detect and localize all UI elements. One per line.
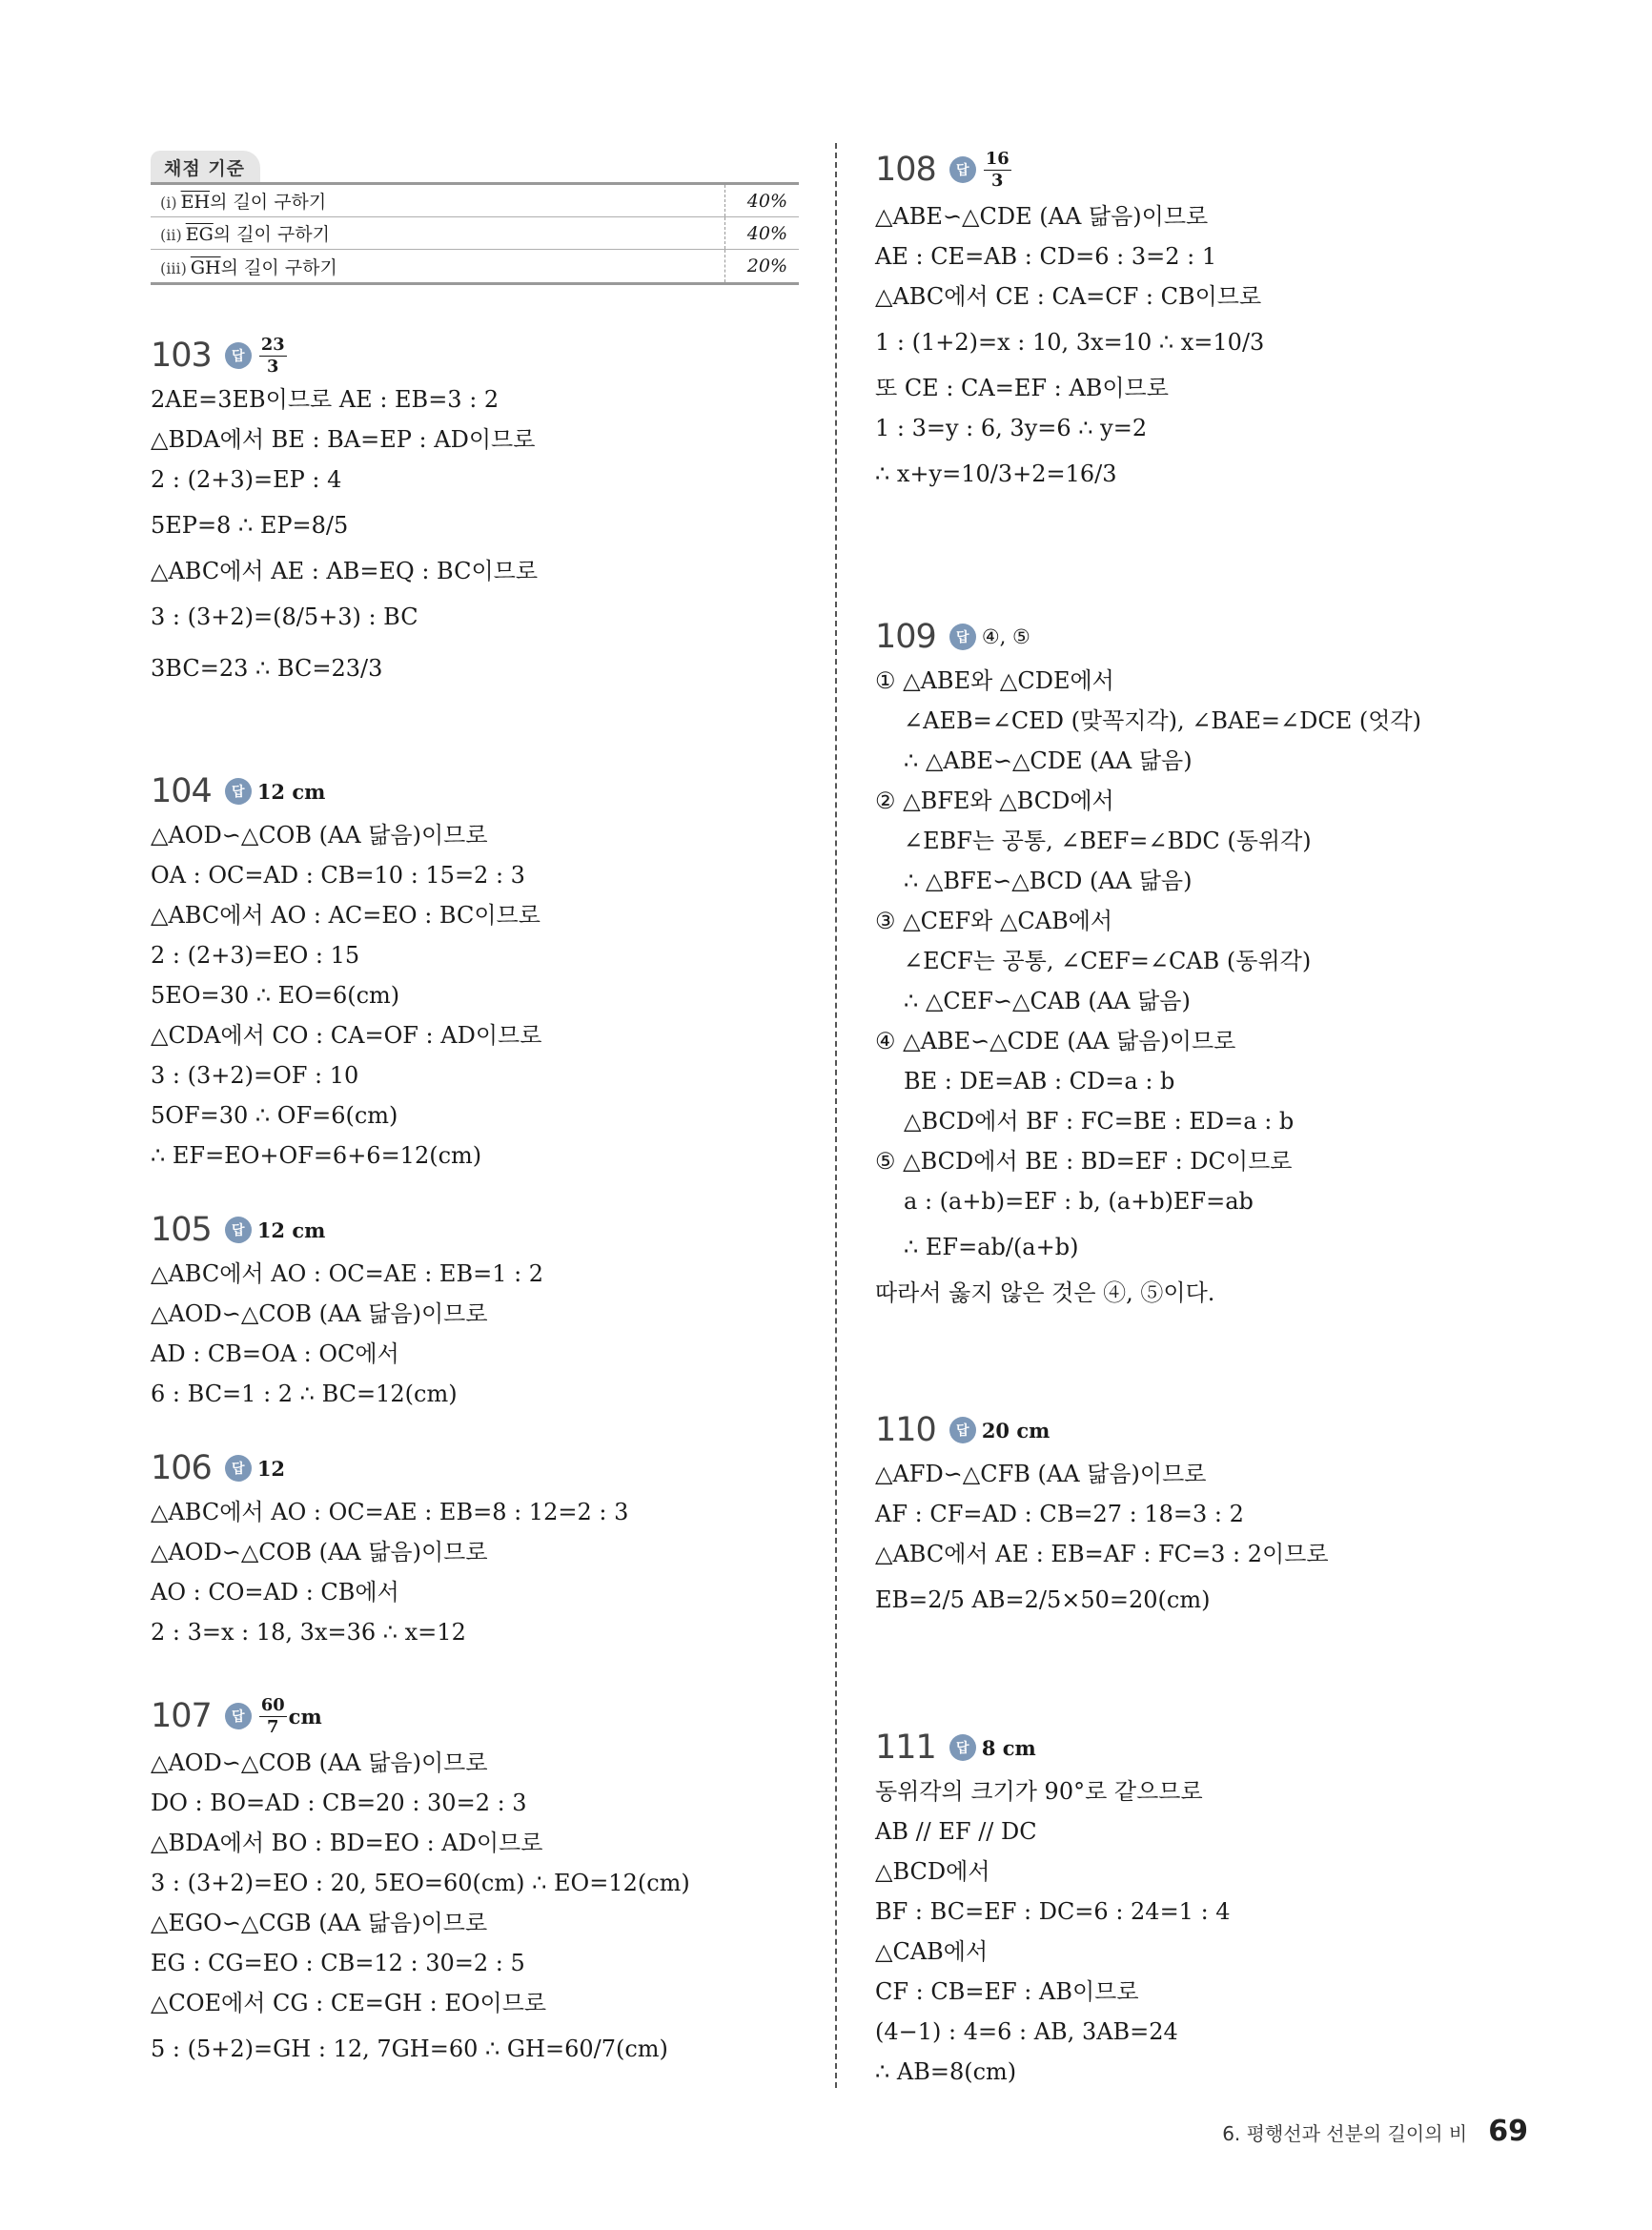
problem-111: 111 답 8 cm 동위각의 크기가 90°로 같으므로 AB // EF /… <box>875 1724 1523 2092</box>
solution-line: a : (a+b)=EF : b, (a+b)EF=ab <box>875 1181 1523 1221</box>
solution-line: ⑤ △BCD에서 BE : BD=EF : DC이므로 <box>875 1141 1523 1181</box>
solution-line: △BDA에서 BE : BA=EP : AD이므로 <box>151 419 799 460</box>
answer-badge-icon: 답 <box>225 1455 252 1482</box>
solution-line: △AOD∽△COB (AA 닮음)이므로 <box>151 1743 799 1783</box>
scoring-row: (ⅱ)EG의 길이 구하기 40% <box>151 217 799 250</box>
solution-line: △ABC에서 AO : AC=EO : BC이므로 <box>151 895 799 935</box>
solution-line: △ABC에서 AE : AB=EQ : BC이므로 <box>151 551 799 591</box>
problem-number: 110 <box>875 1411 936 1449</box>
solution-line: 또 CE : CA=EF : AB이므로 <box>875 368 1523 408</box>
solution-line: AF : CF=AD : CB=27 : 18=3 : 2 <box>875 1494 1523 1534</box>
solution-line: 2 : 3=x : 18, 3x=36 ∴ x=12 <box>151 1612 799 1652</box>
solution-line: (4−1) : 4=6 : AB, 3AB=24 <box>875 2012 1523 2052</box>
solution-line: ③ △CEF와 △CAB에서 <box>875 901 1523 941</box>
answer: 233 <box>257 337 289 376</box>
problem-105: 105 답 12 cm △ABC에서 AO : OC=AE : EB=1 : 2… <box>151 1206 799 1414</box>
solution-line: OA : OC=AD : CB=10 : 15=2 : 3 <box>151 855 799 895</box>
solution-line: ∴ △ABE∽△CDE (AA 닮음) <box>875 741 1523 781</box>
criterion-label: 의 길이 구하기 <box>214 224 330 245</box>
scoring-row: (ⅰ)EH의 길이 구하기 40% <box>151 185 799 217</box>
solution-line: △COE에서 CG : CE=GH : EO이므로 <box>151 1983 799 2023</box>
answer: 163 <box>982 151 1013 190</box>
criterion-label: 의 길이 구하기 <box>221 257 337 278</box>
criterion-percent: 40% <box>724 185 799 216</box>
scoring-title: 채점 기준 <box>151 151 260 182</box>
solution-line: BF : BC=EF : DC=6 : 24=1 : 4 <box>875 1892 1523 1932</box>
segment-label: EG <box>186 224 214 245</box>
solution-line: ④ △ABE∽△CDE (AA 닮음)이므로 <box>875 1021 1523 1061</box>
solution-line: 1 : 3=y : 6, 3y=6 ∴ y=2 <box>875 408 1523 448</box>
solution-line: 3BC=23 ∴ BC=23/3 <box>151 643 799 694</box>
solution-line: ∴ EF=ab/(a+b) <box>875 1221 1523 1273</box>
problem-107: 107 답 607cm △AOD∽△COB (AA 닮음)이므로 DO : BO… <box>151 1689 799 2075</box>
answer-badge-icon: 답 <box>949 624 976 650</box>
solution-line: △CAB에서 <box>875 1932 1523 1972</box>
solution-line: 6 : BC=1 : 2 ∴ BC=12(cm) <box>151 1374 799 1414</box>
solution-line: 3 : (3+2)=EO : 20, 5EO=60(cm) ∴ EO=12(cm… <box>151 1863 799 1903</box>
answer-badge-icon: 답 <box>225 1217 252 1243</box>
solution-line: 3 : (3+2)=OF : 10 <box>151 1055 799 1095</box>
answer-badge-icon: 답 <box>949 156 976 183</box>
solution-line: CF : CB=EF : AB이므로 <box>875 1972 1523 2012</box>
solution-line: △ABC에서 AO : OC=AE : EB=1 : 2 <box>151 1254 799 1294</box>
solution-line: 2 : (2+3)=EO : 15 <box>151 935 799 975</box>
solution-line: △ABC에서 AE : EB=AF : FC=3 : 2이므로 <box>875 1534 1523 1574</box>
problem-number: 106 <box>151 1449 212 1487</box>
solution-line: ① △ABE와 △CDE에서 <box>875 661 1523 701</box>
criterion-number: (ⅱ) <box>160 226 182 244</box>
answer: 12 cm <box>257 1218 326 1242</box>
solution-line: 1 : (1+2)=x : 10, 3x=10 ∴ x=10/3 <box>875 317 1523 368</box>
answer: 607cm <box>257 1697 322 1736</box>
solution-line: △AOD∽△COB (AA 닮음)이므로 <box>151 1532 799 1572</box>
solution-line: 5EO=30 ∴ EO=6(cm) <box>151 975 799 1015</box>
scoring-criteria: 채점 기준 (ⅰ)EH의 길이 구하기 40% (ⅱ)EG의 길이 구하기 40… <box>151 151 799 285</box>
solution-line: 2AE=3EB이므로 AE : EB=3 : 2 <box>151 379 799 419</box>
answer: 20 cm <box>982 1419 1050 1442</box>
solution-line: AE : CE=AB : CD=6 : 3=2 : 1 <box>875 236 1523 276</box>
answer-badge-icon: 답 <box>949 1734 976 1761</box>
answer-badge-icon: 답 <box>949 1417 976 1443</box>
solution-line: △ABE∽△CDE (AA 닮음)이므로 <box>875 196 1523 236</box>
answer-badge-icon: 답 <box>225 1703 252 1729</box>
solution-line: 3 : (3+2)=(8/5+3) : BC <box>151 591 799 643</box>
solution-line: 동위각의 크기가 90°로 같으므로 <box>875 1771 1523 1811</box>
chapter-title: 6. 평행선과 선분의 길이의 비 <box>1222 2118 1467 2146</box>
solution-line: BE : DE=AB : CD=a : b <box>875 1061 1523 1101</box>
problem-number: 105 <box>151 1211 212 1249</box>
problem-number: 108 <box>875 151 936 189</box>
problem-number: 111 <box>875 1729 936 1767</box>
problem-104: 104 답 12 cm △AOD∽△COB (AA 닮음)이므로 OA : OC… <box>151 767 799 1176</box>
solution-line: 5OF=30 ∴ OF=6(cm) <box>151 1095 799 1135</box>
solution-line: EB=2/5 AB=2/5×50=20(cm) <box>875 1574 1523 1626</box>
problem-number: 109 <box>875 618 936 656</box>
solution-line: AD : CB=OA : OC에서 <box>151 1334 799 1374</box>
solution-line: 5 : (5+2)=GH : 12, 7GH=60 ∴ GH=60/7(cm) <box>151 2023 799 2075</box>
problem-108: 108 답 163 △ABE∽△CDE (AA 닮음)이므로 AE : CE=A… <box>875 143 1523 500</box>
solution-line: △AOD∽△COB (AA 닮음)이므로 <box>151 1294 799 1334</box>
column-divider <box>835 143 837 2088</box>
solution-line: △BCD에서 <box>875 1852 1523 1892</box>
solution-line: ∠AEB=∠CED (맞꼭지각), ∠BAE=∠DCE (엇각) <box>875 701 1523 741</box>
page-number: 69 <box>1488 2115 1528 2148</box>
solution-line: ∠EBF는 공통, ∠BEF=∠BDC (동위각) <box>875 821 1523 861</box>
solution-line: ∠ECF는 공통, ∠CEF=∠CAB (동위각) <box>875 941 1523 981</box>
criterion-percent: 40% <box>724 217 799 249</box>
solution-line: △ABC에서 CE : CA=CF : CB이므로 <box>875 276 1523 317</box>
solution-line: ∴ AB=8(cm) <box>875 2052 1523 2092</box>
problem-103: 103 답 233 2AE=3EB이므로 AE : EB=3 : 2 △BDA에… <box>151 332 799 694</box>
answer: 8 cm <box>982 1736 1036 1760</box>
scoring-row: (ⅲ)GH의 길이 구하기 20% <box>151 250 799 282</box>
criterion-number: (ⅲ) <box>160 259 187 277</box>
solution-line: DO : BO=AD : CB=20 : 30=2 : 3 <box>151 1783 799 1823</box>
answer: 12 <box>257 1457 285 1481</box>
problem-109: 109 답 ④, ⑤ ① △ABE와 △CDE에서 ∠AEB=∠CED (맞꼭지… <box>875 613 1523 1313</box>
problem-number: 107 <box>151 1697 212 1735</box>
page-footer: 6. 평행선과 선분의 길이의 비 69 <box>1222 2115 1528 2148</box>
solution-line: △EGO∽△CGB (AA 닮음)이므로 <box>151 1903 799 1943</box>
solution-line: △BDA에서 BO : BD=EO : AD이므로 <box>151 1823 799 1863</box>
solution-line: △AOD∽△COB (AA 닮음)이므로 <box>151 815 799 855</box>
answer-badge-icon: 답 <box>225 342 252 369</box>
solution-line: △AFD∽△CFB (AA 닮음)이므로 <box>875 1454 1523 1494</box>
solution-line: AO : CO=AD : CB에서 <box>151 1572 799 1612</box>
solution-line: ∴ x+y=10/3+2=16/3 <box>875 448 1523 500</box>
solution-line: ∴ △BFE∽△BCD (AA 닮음) <box>875 861 1523 901</box>
solution-line: EG : CG=EO : CB=12 : 30=2 : 5 <box>151 1943 799 1983</box>
segment-label: GH <box>191 257 221 278</box>
solution-line: 5EP=8 ∴ EP=8/5 <box>151 500 799 551</box>
criterion-percent: 20% <box>724 250 799 282</box>
answer: 12 cm <box>257 780 326 804</box>
problem-number: 104 <box>151 772 212 810</box>
solution-line: 2 : (2+3)=EP : 4 <box>151 460 799 500</box>
problem-106: 106 답 12 △ABC에서 AO : OC=AE : EB=8 : 12=2… <box>151 1444 799 1652</box>
solution-line: ② △BFE와 △BCD에서 <box>875 781 1523 821</box>
solution-line: AB // EF // DC <box>875 1811 1523 1852</box>
solution-line: ∴ △CEF∽△CAB (AA 닮음) <box>875 981 1523 1021</box>
criterion-number: (ⅰ) <box>160 194 177 212</box>
problem-number: 103 <box>151 337 212 375</box>
problem-110: 110 답 20 cm △AFD∽△CFB (AA 닮음)이므로 AF : CF… <box>875 1406 1523 1626</box>
solution-line: 따라서 옳지 않은 것은 ④, ⑤이다. <box>875 1273 1523 1313</box>
segment-label: EH <box>181 192 210 213</box>
solution-line: △BCD에서 BF : FC=BE : ED=a : b <box>875 1101 1523 1141</box>
criterion-label: 의 길이 구하기 <box>210 192 326 213</box>
solution-line: ∴ EF=EO+OF=6+6=12(cm) <box>151 1135 799 1176</box>
scoring-table: (ⅰ)EH의 길이 구하기 40% (ⅱ)EG의 길이 구하기 40% (ⅲ)G… <box>151 182 799 285</box>
answer-badge-icon: 답 <box>225 778 252 805</box>
solution-line: △ABC에서 AO : OC=AE : EB=8 : 12=2 : 3 <box>151 1492 799 1532</box>
solution-line: △CDA에서 CO : CA=OF : AD이므로 <box>151 1015 799 1055</box>
answer: ④, ⑤ <box>982 625 1030 648</box>
